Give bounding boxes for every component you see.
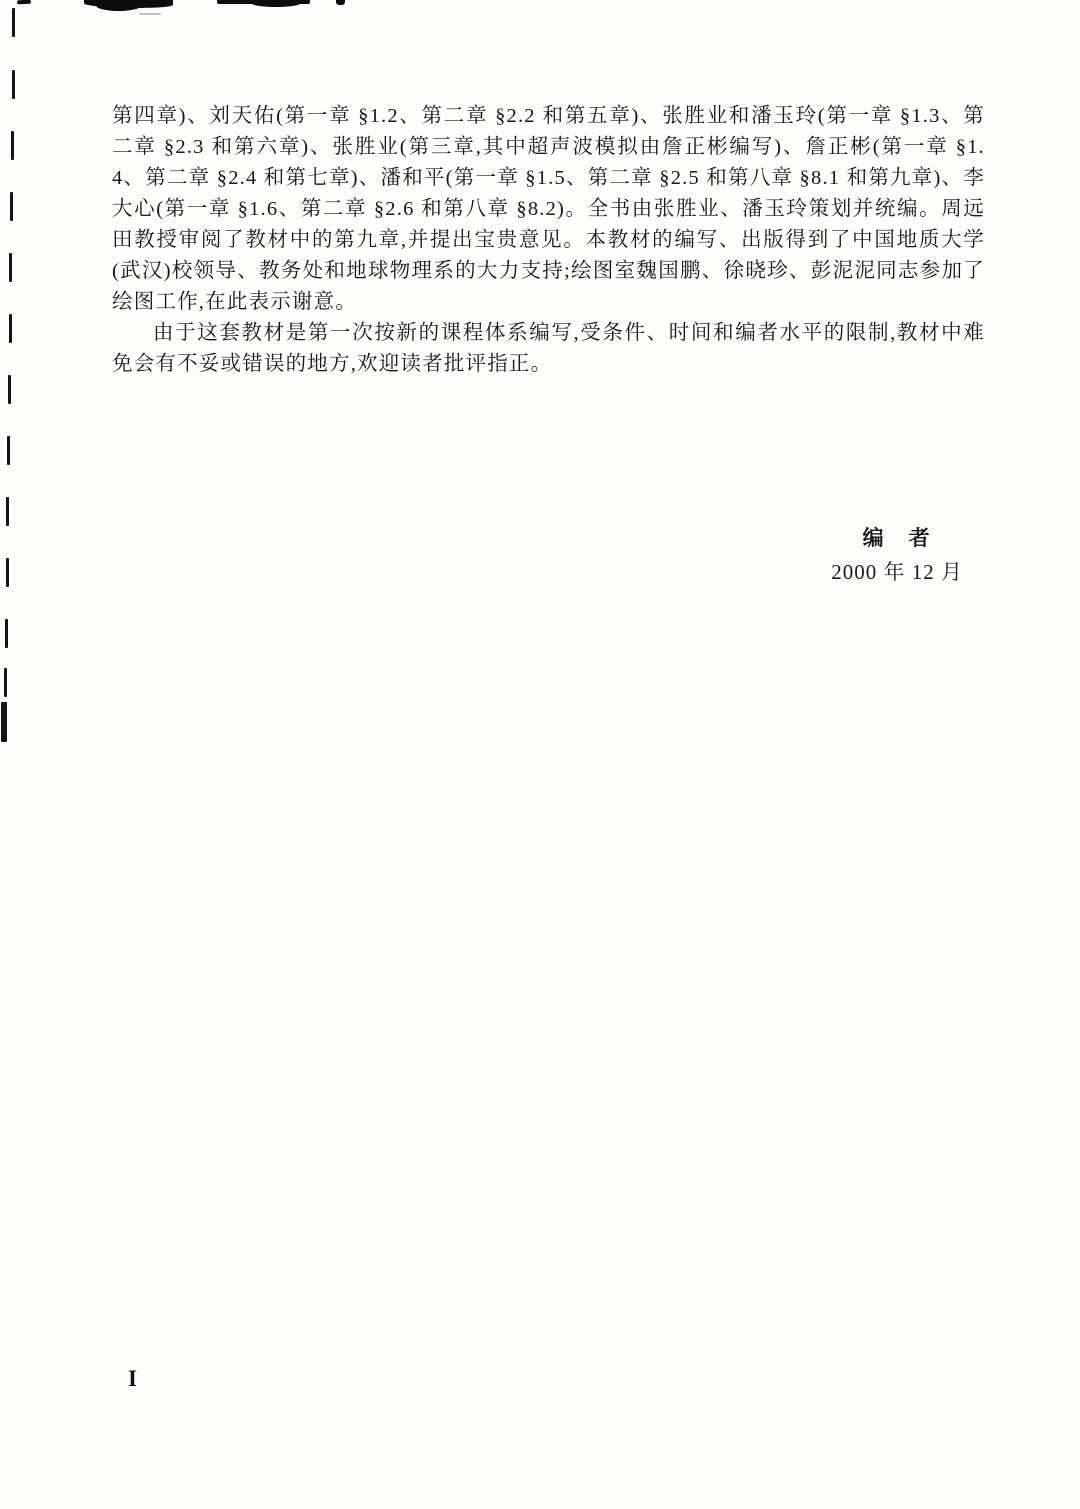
page-body: 第四章)、刘天佑(第一章 §1.2、第二章 §2.2 和第五章)、张胜业和潘玉玲… bbox=[112, 101, 985, 380]
page-number: I bbox=[128, 1366, 137, 1392]
signature-author: 编 者 bbox=[831, 523, 963, 554]
scan-smudge-icon bbox=[17, 0, 31, 4]
binding-mark bbox=[6, 497, 9, 526]
binding-mark bbox=[12, 70, 15, 99]
binding-mark bbox=[4, 668, 7, 697]
binding-mark bbox=[10, 192, 13, 221]
scan-smudge-icon bbox=[252, 0, 300, 7]
preface-paragraph-1: 第四章)、刘天佑(第一章 §1.2、第二章 §2.2 和第五章)、张胜业和潘玉玲… bbox=[112, 101, 985, 318]
binding-mark bbox=[1, 702, 7, 742]
scan-smudge-icon bbox=[336, 0, 345, 5]
binding-mark bbox=[12, 8, 15, 37]
binding-mark bbox=[9, 314, 12, 343]
scanned-document-page: 第四章)、刘天佑(第一章 §1.2、第二章 §2.2 和第五章)、张胜业和潘玉玲… bbox=[0, 0, 1080, 1509]
scan-smudge-icon bbox=[139, 13, 161, 15]
binding-mark bbox=[5, 619, 8, 648]
preface-paragraph-2: 由于这套教材是第一次按新的课程体系编写,受条件、时间和编者水平的限制,教材中难免… bbox=[112, 318, 985, 380]
binding-mark bbox=[6, 558, 9, 587]
scan-smudge-icon bbox=[96, 0, 141, 11]
binding-mark bbox=[9, 253, 12, 282]
binding-mark bbox=[11, 131, 14, 160]
signature-date: 2000 年 12 月 bbox=[831, 557, 963, 588]
binding-mark bbox=[8, 375, 11, 404]
binding-mark bbox=[7, 436, 10, 465]
signature-block: 编 者 2000 年 12 月 bbox=[831, 523, 963, 588]
